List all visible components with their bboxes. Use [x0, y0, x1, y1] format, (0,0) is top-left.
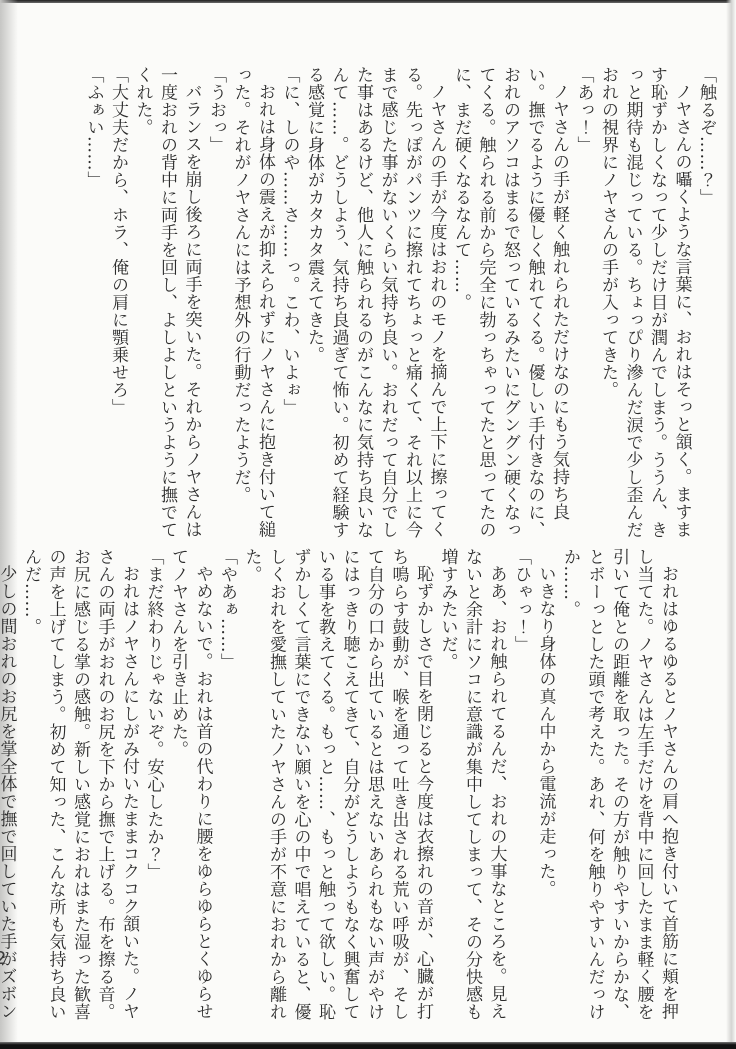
paragraph: おれは身体の震えが抑えられずにノヤさんに抱き付いて縋った。それがノヤさんには予想…: [228, 66, 277, 544]
paragraph: ノヤさんの囁くような言葉に、おれはそっと頷く。ますます恥ずかしくなって少しだけ目…: [596, 66, 694, 544]
dialogue-paragraph: 「やあぁ……」: [215, 548, 240, 1022]
paragraph: ノヤさんの手が軽く触れられただけなのにもう気持ち良い。撫でるように優しく触れてく…: [449, 66, 572, 544]
dialogue-paragraph: 「うおっ」: [204, 66, 229, 544]
paragraph: ノヤさんの手が今度はおれのモノを摘んで上下に擦ってくる。先っぽがパンツに擦れてち…: [302, 66, 449, 544]
scan-edge-right: [726, 0, 736, 1049]
dialogue-paragraph: 「ふぁい……」: [81, 66, 106, 544]
page-number: 2: [0, 948, 6, 969]
paragraph: やめないで。おれは首の代わりに腰をゆらゆらとくゆらせてノヤさんを引き止めた。: [166, 548, 215, 1022]
dialogue-paragraph: 「まだ終わりじゃないぞ。安心したか？」: [141, 548, 166, 1022]
dialogue-paragraph: 「触るぞ……？」: [694, 66, 719, 544]
scanned-book-page: 「触るぞ……？」 ノヤさんの囁くような言葉に、おれはそっと頷く。ますます恥ずかし…: [0, 0, 736, 1049]
paragraph: バランスを崩し後ろに両手を突いた。それからノヤさんは一度おれの背中に両手を回し、…: [130, 66, 204, 544]
dialogue-paragraph: 「あっ！」: [571, 66, 596, 544]
paragraph: 恥ずかしさで目を閉じると今度は衣擦れの音が、心臓が打ち鳴らす鼓動が、喉を通って吐…: [239, 548, 435, 1022]
text-block-bottom: おれはゆるゆるとノヤさんの肩へ抱き付いて首筋に頬を押し当てた。ノヤさんは左手だけ…: [32, 548, 680, 1022]
dialogue-paragraph: 「ひゃっ！」: [509, 548, 534, 1022]
text-block-top: 「触るぞ……？」 ノヤさんの囁くような言葉に、おれはそっと頷く。ますます恥ずかし…: [58, 66, 718, 544]
paragraph: おれはゆるゆるとノヤさんの肩へ抱き付いて首筋に頬を押し当てた。ノヤさんは左手だけ…: [558, 548, 681, 1022]
dialogue-paragraph: 「に、しのや……さ……っ。こわ、いよぉ」: [277, 66, 302, 544]
paragraph: おれはノヤさんにしがみ付いたままコクコク頷いた。ノヤさんの両手がおれのお尻を下か…: [19, 548, 142, 1022]
scan-edge-bottom: [0, 1042, 736, 1049]
scan-edge-top: [0, 0, 736, 3]
paragraph: ああ、おれ触られてるんだ、おれの大事なところを。見えないと余計にソコに意識が集中…: [435, 548, 509, 1022]
dialogue-paragraph: 「大丈夫だから、ホラ、俺の肩に顎乗せろ」: [106, 66, 131, 544]
paragraph: いきなり身体の真ん中から電流が走った。: [533, 548, 558, 1022]
